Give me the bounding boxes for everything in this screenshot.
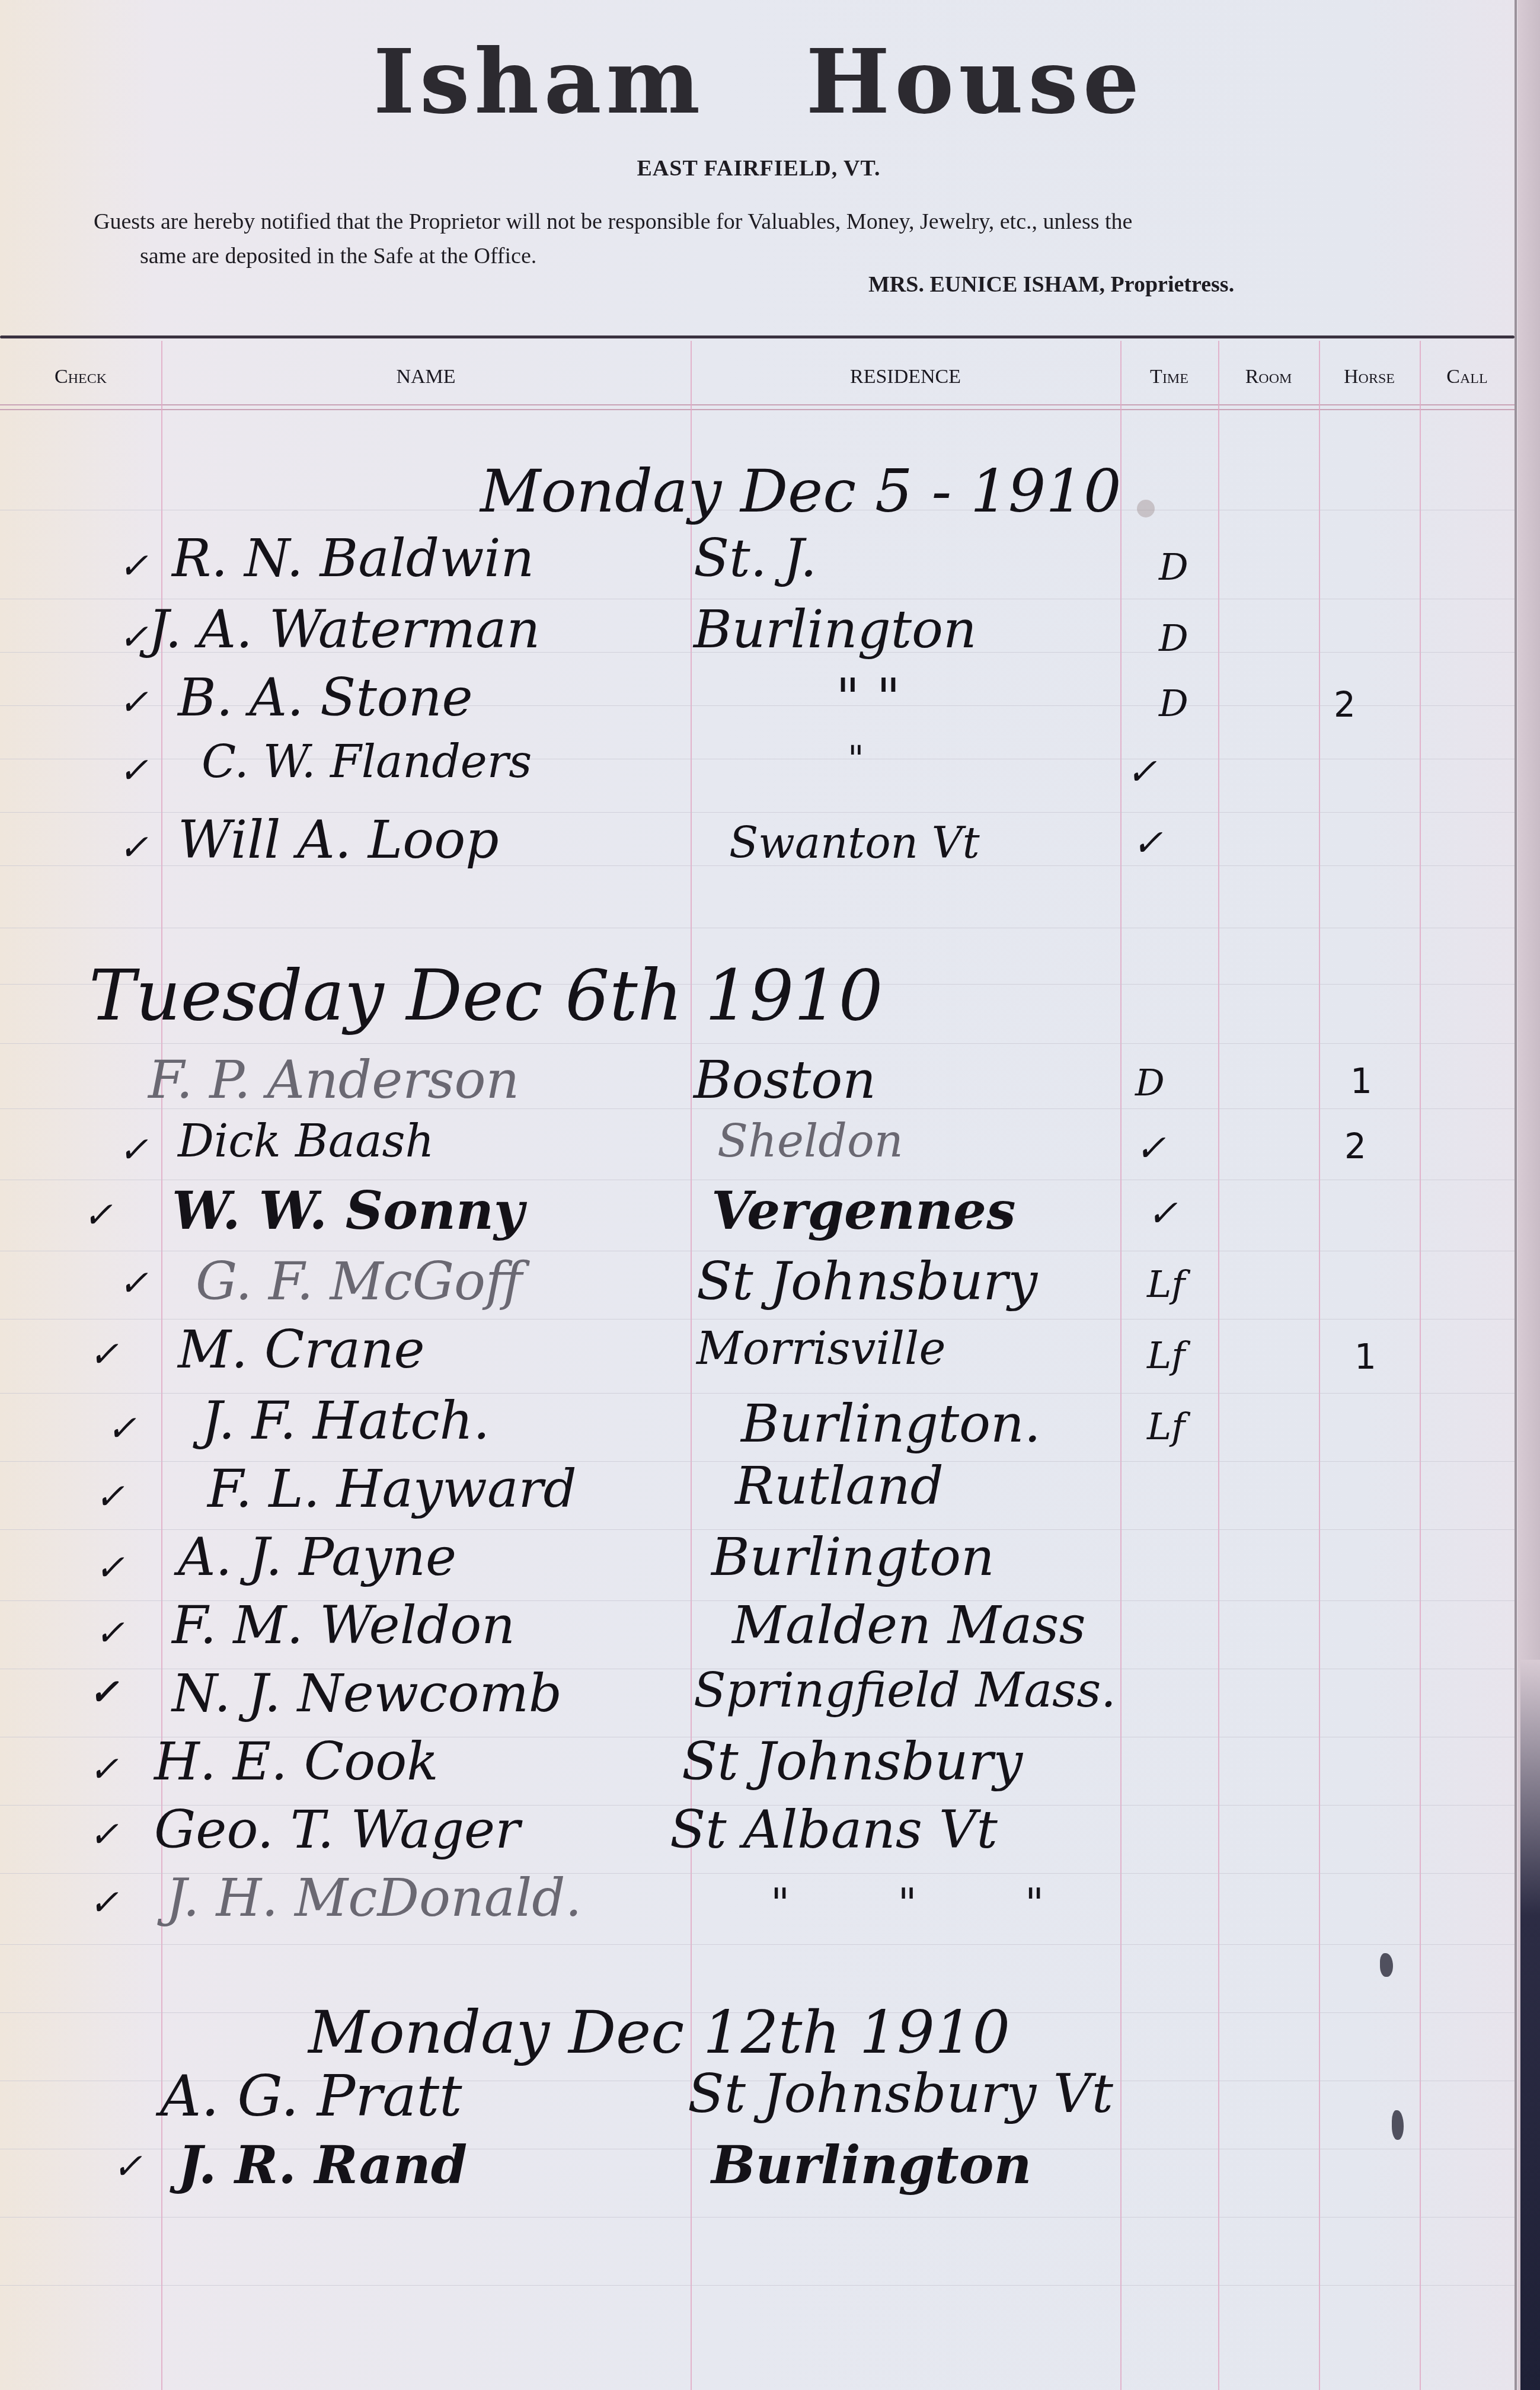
time-mark: Lf [1147,1334,1185,1377]
notice-line-2: same are deposited in the Safe at the Of… [94,239,1421,273]
guest-name: G. F. McGoff [196,1251,522,1312]
guest-residence: St Johnsbury [696,1251,1037,1312]
guest-name: F. M. Weldon [172,1595,515,1656]
guest-name: J. F. Hatch. [202,1390,490,1451]
guest-name: F. P. Anderson [148,1049,519,1110]
check-mark: ✓ [89,1749,119,1790]
guest-name: C. W. Flanders [202,735,532,788]
hotel-location: EAST FAIRFIELD, VT. [0,155,1517,181]
time-mark: ✓ [1135,1126,1166,1170]
horse-count: 1 [1350,1061,1372,1101]
header-double-rule-bottom [0,409,1515,410]
check-mark: ✓ [119,682,148,723]
guest-residence: St. J. [694,528,817,589]
guest-residence: St Johnsbury Vt [688,2063,1113,2125]
paper-stain [1137,500,1155,517]
guest-residence: Springfield Mass. [694,1663,1116,1718]
ledger-line [0,2217,1515,2218]
check-mark: ✓ [83,1194,113,1236]
guest-name: Dick Baash [178,1114,434,1167]
check-mark: ✓ [119,750,148,791]
ledger-line [0,928,1515,928]
time-mark: ✓ [1132,821,1163,864]
time-mark: D [1159,616,1188,660]
guest-residence: Morrisville [696,1322,945,1375]
guest-name: N. J. Newcomb [172,1663,562,1724]
check-mark: ✓ [95,1612,124,1654]
guest-residence: St Albans Vt [670,1799,998,1860]
guest-residence: " " [836,667,900,728]
check-mark: ✓ [107,1408,136,1449]
book-cover-edge [1520,1660,1540,2390]
column-header-check: Check [0,366,161,388]
column-header-time: Time [1120,366,1218,388]
guest-name: M. Crane [178,1319,425,1380]
guest-residence: " [848,738,864,779]
guest-name: H. E. Cook [154,1731,439,1792]
check-mark: ✓ [89,1334,119,1375]
proprietress-line: MRS. EUNICE ISHAM, Proprietress. [868,271,1234,298]
column-rule [1120,341,1122,2390]
column-header-room: Room [1218,366,1319,388]
guest-name: R. N. Baldwin [172,528,534,589]
check-mark: ✓ [89,1882,119,1923]
guest-name: A. G. Pratt [160,2063,462,2129]
check-mark: ✓ [89,1672,119,1713]
notice-line-1: Guests are hereby notified that the Prop… [94,209,1132,234]
column-header-row: Check NAME RESIDENCE Time Room Horse Cal… [0,341,1515,407]
ledger-line [0,2285,1515,2286]
guest-notice: Guests are hereby notified that the Prop… [94,205,1421,273]
ledger-line [0,1043,1515,1044]
date-heading: Monday Dec 5 - 1910 [480,456,1122,526]
guest-name: J. H. McDonald. [166,1867,582,1928]
column-rule [1218,341,1219,2390]
guest-name: Will A. Loop [178,809,499,870]
time-mark: Lf [1147,1263,1185,1306]
time-mark: ✓ [1126,750,1157,793]
register-header: Isham House EAST FAIRFIELD, VT. Guests a… [0,0,1517,338]
check-mark: ✓ [95,1547,124,1589]
guest-residence: St Johnsbury [682,1731,1023,1792]
check-mark: ✓ [119,1263,148,1304]
guest-residence: Swanton Vt [729,818,980,868]
guest-name: J. R. Rand [178,2134,467,2196]
column-rule [1420,341,1421,2390]
guest-name: B. A. Stone [178,667,473,728]
guest-residence: Malden Mass [732,1595,1086,1656]
guest-residence: Vergennes [711,1180,1016,1241]
date-heading: Monday Dec 12th 1910 [308,1998,1010,2067]
check-mark: ✓ [119,827,148,868]
guest-name: F. L. Hayward [207,1458,577,1519]
guest-residence: Burlington. [741,1393,1041,1454]
horse-count: 2 [1334,685,1356,725]
guest-name: A. J. Payne [178,1526,456,1587]
horse-count: 2 [1344,1126,1366,1167]
time-mark: D [1159,682,1188,725]
column-header-call: Call [1420,366,1515,388]
date-heading: Tuesday Dec 6th 1910 [89,954,883,1036]
ink-blot [1380,1953,1393,1977]
guest-name: J. A. Waterman [148,599,540,660]
time-mark: D [1159,545,1188,589]
column-header-residence: RESIDENCE [691,366,1120,388]
time-mark: D [1135,1061,1165,1104]
guest-residence: Rutland [735,1455,944,1516]
guest-residence: Burlington [711,2134,1031,2196]
page-edge [1515,0,1517,2390]
guest-name: W. W. Sonny [172,1180,524,1241]
guest-residence: Burlington [694,599,977,660]
guest-residence: Boston [694,1049,876,1110]
guest-residence: Burlington [711,1526,995,1587]
register-page: Isham House EAST FAIRFIELD, VT. Guests a… [0,0,1523,2390]
check-mark: ✓ [119,1129,148,1171]
check-mark: ✓ [95,1476,124,1517]
time-mark: ✓ [1147,1191,1178,1235]
check-mark: ✓ [119,545,148,587]
check-mark: ✓ [119,616,148,658]
ledger-line [0,1944,1515,1945]
time-mark: Lf [1147,1405,1185,1448]
column-header-name: NAME [161,366,691,388]
guest-residence: Sheldon [717,1114,903,1167]
guest-residence: " " " [771,1879,1091,1928]
check-mark: ✓ [113,2146,142,2187]
column-header-horse: Horse [1319,366,1420,388]
ink-blot [1392,2110,1404,2140]
column-rule [1319,341,1320,2390]
check-mark: ✓ [89,1814,119,1855]
header-rule [0,336,1515,338]
horse-count: 1 [1354,1337,1376,1377]
header-double-rule-top [0,404,1515,405]
hotel-title: Isham House [0,30,1517,134]
guest-name: Geo. T. Wager [154,1799,520,1860]
